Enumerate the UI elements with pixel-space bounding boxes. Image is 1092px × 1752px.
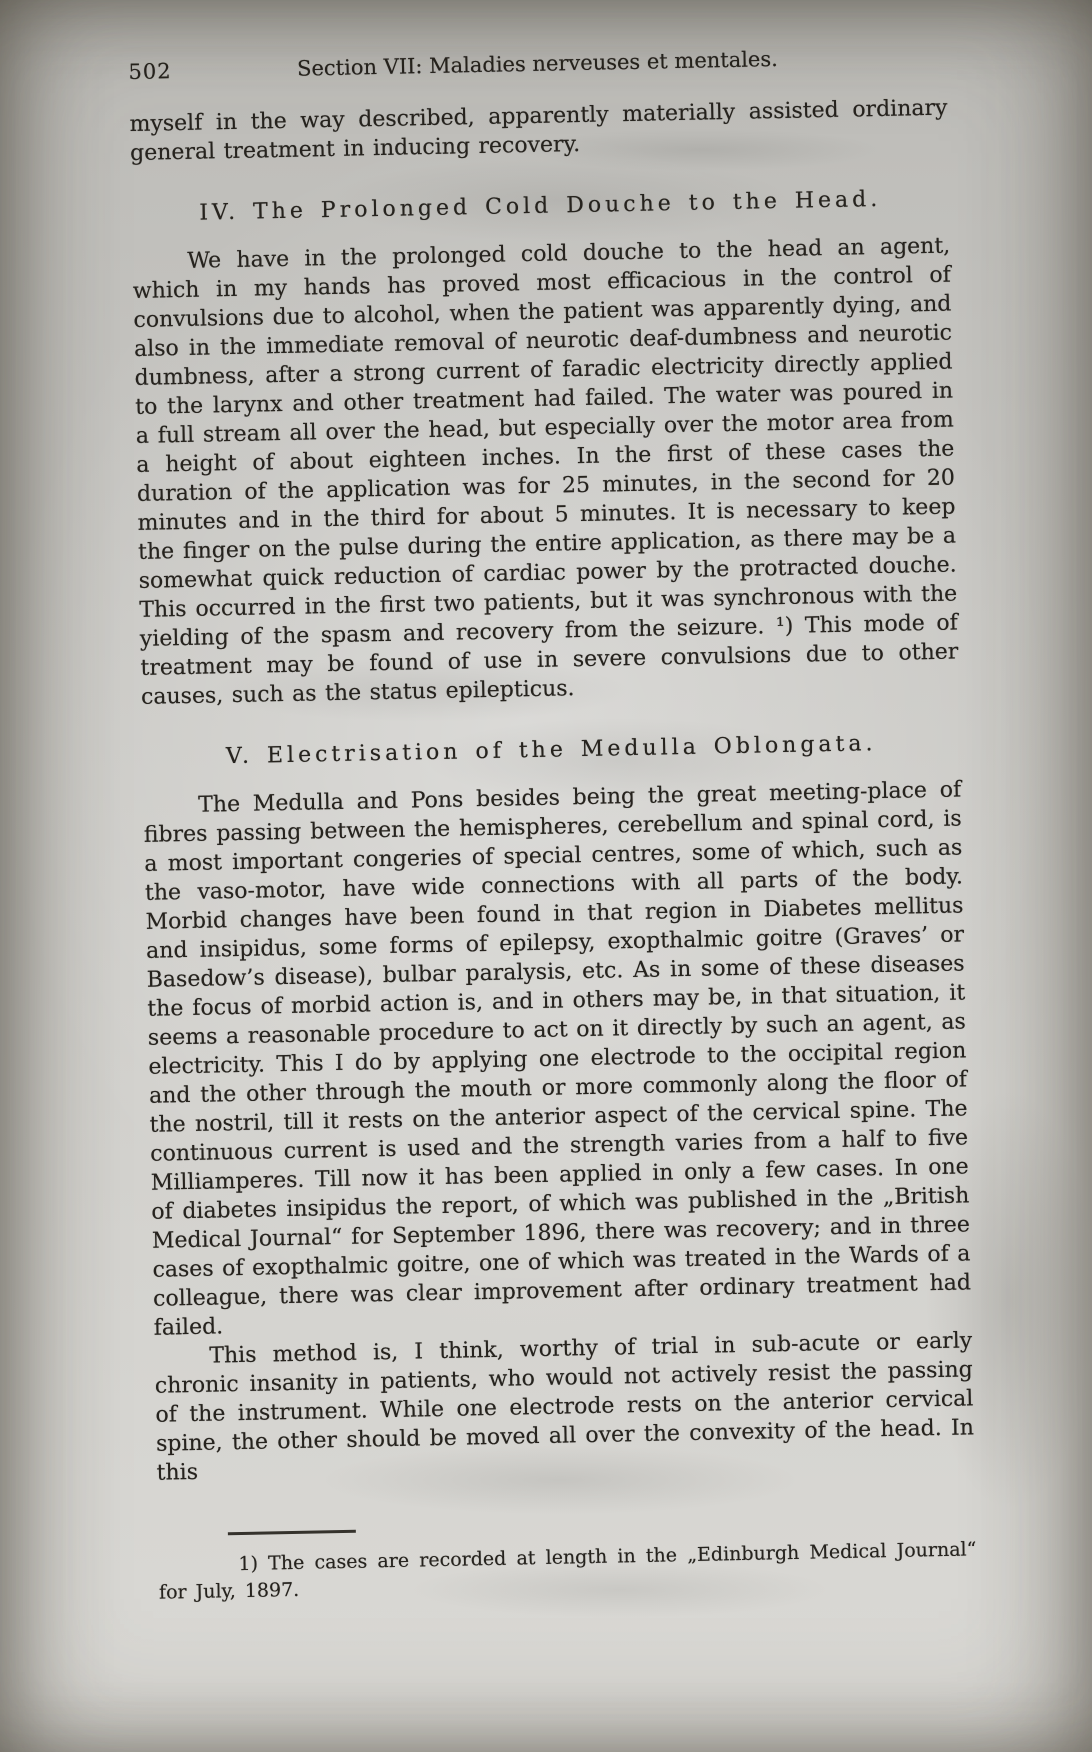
page-number: 502: [128, 58, 223, 84]
page-content: 502 Section VII: Maladies nerveuses et m…: [128, 30, 977, 1607]
running-header: Section VII: Maladies nerveuses et menta…: [223, 45, 851, 82]
section-iv-heading: IV. The Prolonged Cold Douche to the Hea…: [131, 186, 949, 227]
section-v-heading: V. Electrisation of the Medulla Oblongat…: [142, 729, 960, 770]
book-page: 502 Section VII: Maladies nerveuses et m…: [0, 0, 1092, 1752]
section-v-paragraph-2: This method is, I think, worthy of trial…: [154, 1326, 975, 1487]
header-spacer: [852, 63, 947, 65]
footnote-text: 1) The cases are recorded at length in t…: [158, 1536, 977, 1606]
section-iv-paragraph: We have in the prolonged cold douche to …: [132, 232, 959, 712]
section-v-paragraph-1: The Medulla and Pons besides being the g…: [143, 775, 972, 1342]
footnote-divider: [228, 1530, 356, 1536]
intro-paragraph: myself in the way described, apparently …: [129, 94, 948, 168]
page-header: 502 Section VII: Maladies nerveuses et m…: [128, 30, 947, 84]
